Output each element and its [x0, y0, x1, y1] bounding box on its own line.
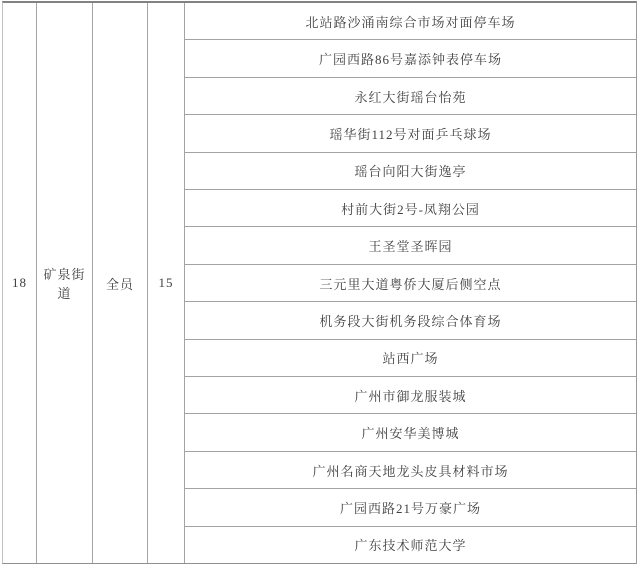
table-row: 广东技术师范大学 [185, 526, 636, 563]
cell-street-name: 矿泉街道 [36, 3, 92, 563]
table-row: 北站路沙涌南综合市场对面停车场 [185, 3, 636, 39]
document-page: 18 矿泉街道 全员 15 北站路沙涌南综合市场对面停车场 广园西路86号嘉添钟… [0, 0, 640, 565]
location-cell: 广园西路86号嘉添钟表停车场 [319, 49, 502, 68]
cell-row-index: 18 [3, 3, 36, 563]
table-row: 广园西路86号嘉添钟表停车场 [185, 39, 636, 76]
table-row: 广州市御龙服装城 [185, 376, 636, 413]
location-cell: 北站路沙涌南综合市场对面停车场 [305, 12, 515, 31]
location-cell: 广州市御龙服装城 [354, 386, 466, 405]
table-row: 村前大街2号-凤翔公园 [185, 189, 636, 226]
table-row: 站西广场 [185, 339, 636, 376]
table-row: 三元里大道粤侨大厦后侧空点 [185, 264, 636, 301]
location-cell: 机务段大街机务段综合体育场 [319, 311, 501, 330]
location-cell: 三元里大道粤侨大厦后侧空点 [319, 274, 501, 293]
table-row: 广州名商天地龙头皮具材料市场 [185, 451, 636, 488]
location-cell: 广园西路21号万豪广场 [340, 498, 481, 517]
table-row: 永红大街瑶台怡苑 [185, 77, 636, 114]
table-row: 王圣堂圣晖园 [185, 226, 636, 263]
table-row: 瑶华街112号对面乒乓球场 [185, 114, 636, 151]
location-cell: 瑶台向阳大街逸亭 [354, 161, 466, 180]
location-cell: 王圣堂圣晖园 [368, 236, 452, 255]
location-cell: 瑶华街112号对面乒乓球场 [329, 124, 491, 143]
cell-location-count: 15 [147, 3, 184, 563]
table-row: 广园西路21号万豪广场 [185, 488, 636, 525]
locations-table: 18 矿泉街道 全员 15 北站路沙涌南综合市场对面停车场 广园西路86号嘉添钟… [2, 1, 637, 564]
table-row: 瑶台向阳大街逸亭 [185, 152, 636, 189]
location-cell: 站西广场 [382, 348, 438, 367]
location-cell: 广州安华美博城 [361, 423, 459, 442]
location-cell: 村前大街2号-凤翔公园 [341, 199, 480, 218]
location-cell: 永红大街瑶台怡苑 [354, 87, 466, 106]
table-row: 机务段大街机务段综合体育场 [185, 301, 636, 338]
locations-column: 北站路沙涌南综合市场对面停车场 广园西路86号嘉添钟表停车场 永红大街瑶台怡苑 … [184, 3, 636, 563]
cell-scope: 全员 [92, 3, 147, 563]
table-row: 广州安华美博城 [185, 413, 636, 450]
location-cell: 广东技术师范大学 [354, 535, 466, 554]
location-cell: 广州名商天地龙头皮具材料市场 [312, 461, 508, 480]
